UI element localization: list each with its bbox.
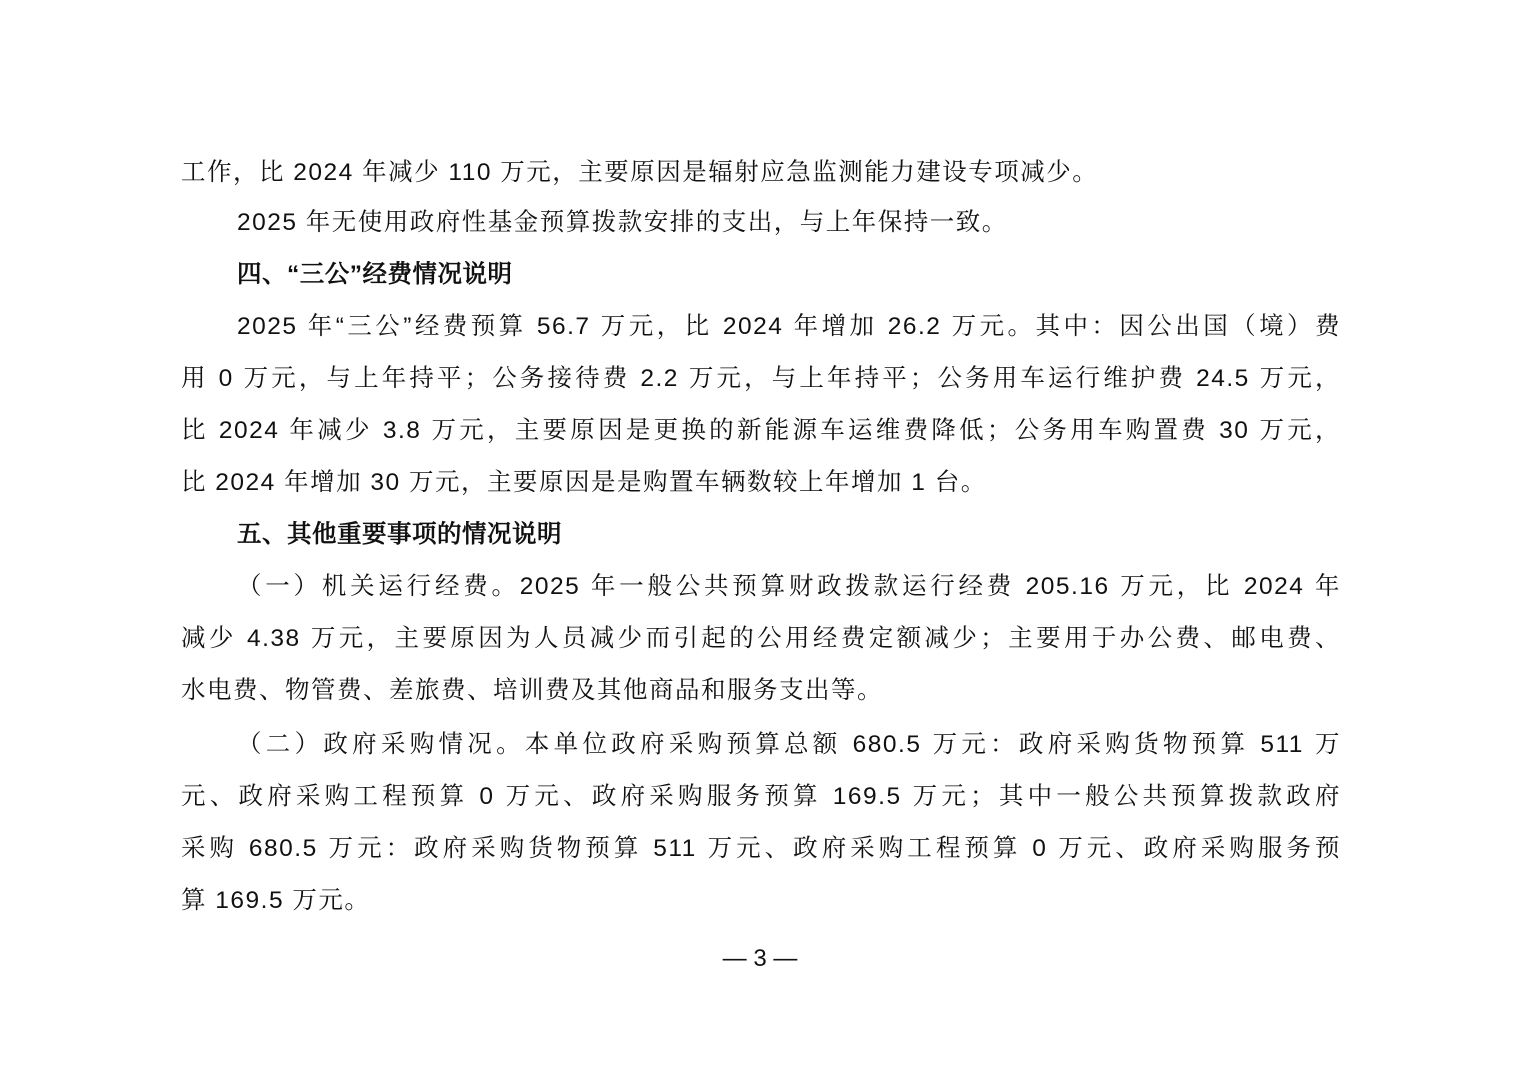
paragraph-line: 2025 年“三公”经费预算 56.7 万元，比 2024 年增加 26.2 万… xyxy=(237,307,1341,347)
paragraph-line: 工作，比 2024 年减少 110 万元，主要原因是辐射应急监测能力建设专项减少… xyxy=(181,153,1098,193)
paragraph-line: 采购 680.5 万元：政府采购货物预算 511 万元、政府采购工程预算 0 万… xyxy=(181,829,1341,869)
paragraph-line: （二）政府采购情况。本单位政府采购预算总额 680.5 万元：政府采购货物预算 … xyxy=(237,725,1341,765)
section-heading-three-public-expenses: 四、“三公”经费情况说明 xyxy=(237,255,513,295)
paragraph-line: 元、政府采购工程预算 0 万元、政府采购服务预算 169.5 万元；其中一般公共… xyxy=(181,777,1341,817)
paragraph-line: 用 0 万元，与上年持平；公务接待费 2.2 万元，与上年持平；公务用车运行维护… xyxy=(181,359,1341,399)
paragraph-line: （一）机关运行经费。2025 年一般公共预算财政拨款运行经费 205.16 万元… xyxy=(237,567,1341,607)
paragraph-line: 水电费、物管费、差旅费、培训费及其他商品和服务支出等。 xyxy=(181,671,883,711)
page-number: — 3 — xyxy=(0,942,1520,976)
paragraph-line: 比 2024 年增加 30 万元，主要原因是是购置车辆数较上年增加 1 台。 xyxy=(181,463,987,503)
paragraph-line: 减少 4.38 万元，主要原因为人员减少而引起的公用经费定额减少；主要用于办公费… xyxy=(181,619,1341,659)
paragraph-line: 比 2024 年减少 3.8 万元，主要原因是更换的新能源车运维费降低；公务用车… xyxy=(181,411,1341,451)
section-heading-other-matters: 五、其他重要事项的情况说明 xyxy=(237,515,562,555)
paragraph-line: 2025 年无使用政府性基金预算拨款安排的支出，与上年保持一致。 xyxy=(237,203,1008,243)
paragraph-line: 算 169.5 万元。 xyxy=(181,881,370,921)
